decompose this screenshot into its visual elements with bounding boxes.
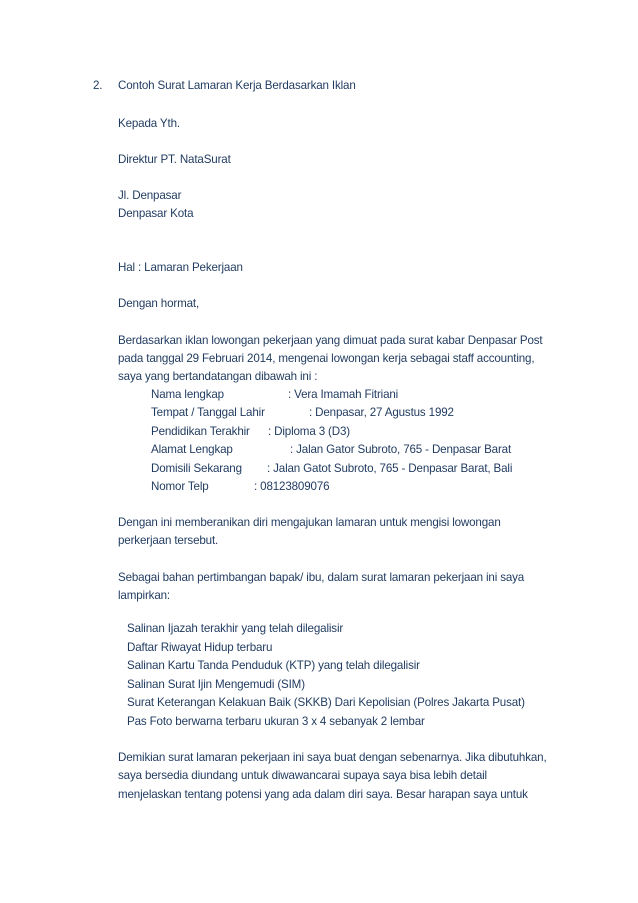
field-value: : Vera Imamah Fitriani xyxy=(288,388,398,402)
field-label: Tempat / Tanggal Lahir xyxy=(151,406,309,420)
field-address: Alamat Lengkap: Jalan Gator Subroto, 765… xyxy=(151,443,511,457)
closing-line: Demikian surat lamaran pekerjaan ini say… xyxy=(118,751,547,765)
document-page: 2. Contoh Surat Lamaran Kerja Berdasarka… xyxy=(0,0,638,903)
attachment-item: Salinan Surat Ijin Mengemudi (SIM) xyxy=(127,678,305,692)
subject-line: Hal : Lamaran Pekerjaan xyxy=(118,261,243,275)
heading-title: Contoh Surat Lamaran Kerja Berdasarkan I… xyxy=(118,79,356,93)
field-value: : Diploma 3 (D3) xyxy=(268,425,350,439)
recipient-address-line1: Jl. Denpasar xyxy=(118,189,181,203)
attachment-item: Pas Foto berwarna terbaru ukuran 3 x 4 s… xyxy=(127,715,425,729)
intro-line: pada tanggal 29 Februari 2014, mengenai … xyxy=(118,352,534,366)
recipient-address-line2: Denpasar Kota xyxy=(118,207,193,221)
attachment-item: Daftar Riwayat Hidup terbaru xyxy=(127,641,272,655)
intro-line: Berdasarkan iklan lowongan pekerjaan yan… xyxy=(118,334,542,348)
field-domicile: Domisili Sekarang: Jalan Gatot Subroto, … xyxy=(151,462,512,476)
field-label: Domisili Sekarang xyxy=(151,462,267,476)
field-birth: Tempat / Tanggal Lahir: Denpasar, 27 Agu… xyxy=(151,406,454,420)
recipient-greeting: Kepada Yth. xyxy=(118,117,180,131)
attachment-intro-line: lampirkan: xyxy=(118,589,170,603)
field-value: : Jalan Gatot Subroto, 765 - Denpasar Ba… xyxy=(267,462,512,476)
attachment-item: Salinan Ijazah terakhir yang telah dileg… xyxy=(127,622,343,636)
field-label: Nomor Telp xyxy=(151,480,254,494)
attachment-intro-line: Sebagai bahan pertimbangan bapak/ ibu, d… xyxy=(118,571,524,585)
field-label: Pendidikan Terakhir xyxy=(151,425,268,439)
field-phone: Nomor Telp: 08123809076 xyxy=(151,480,329,494)
attachment-item: Salinan Kartu Tanda Penduduk (KTP) yang … xyxy=(127,659,420,673)
field-education: Pendidikan Terakhir: Diploma 3 (D3) xyxy=(151,425,350,439)
recipient-name: Direktur PT. NataSurat xyxy=(118,153,231,167)
closing-line: saya bersedia diundang untuk diwawancara… xyxy=(118,769,487,783)
attachment-item: Surat Keterangan Kelakuan Baik (SKKB) Da… xyxy=(127,696,525,710)
field-full-name: Nama lengkap: Vera Imamah Fitriani xyxy=(151,388,398,402)
field-label: Alamat Lengkap xyxy=(151,443,290,457)
field-label: Nama lengkap xyxy=(151,388,288,402)
closing-line: menjelaskan tentang potensi yang ada dal… xyxy=(118,788,528,802)
intro-line: saya yang bertandatangan dibawah ini : xyxy=(118,370,317,384)
salutation: Dengan hormat, xyxy=(118,297,199,311)
field-value: : 08123809076 xyxy=(254,480,329,494)
field-value: : Jalan Gator Subroto, 765 - Denpasar Ba… xyxy=(290,443,511,457)
field-value: : Denpasar, 27 Agustus 1992 xyxy=(309,406,454,420)
application-line: Dengan ini memberanikan diri mengajukan … xyxy=(118,516,501,530)
heading-number: 2. xyxy=(93,79,102,93)
application-line: perkerjaan tersebut. xyxy=(118,534,218,548)
